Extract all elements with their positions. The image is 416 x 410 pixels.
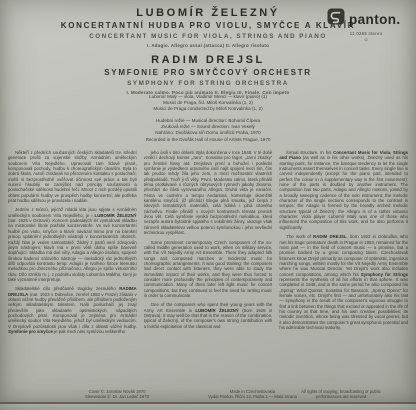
- composer-name-bold: LUBOMÍR ŽELEZNÝ: [95, 213, 137, 218]
- paragraph-text: represents the synthesis of all his effo…: [279, 277, 408, 330]
- paragraph-text: je pak mezi nimi syntézou veškerého: [53, 329, 125, 334]
- paragraph-text: (nar. 1923 v Dobrušce, zemřel 1953 v Pra…: [8, 292, 137, 329]
- liner-notes: Někteří z předních současných českých sk…: [8, 150, 408, 383]
- composer-name-bold: LUBOMÍR ŽELEZNÝ: [195, 308, 239, 313]
- footer-rights: All rights of copying, broadcasting or p…: [274, 389, 408, 400]
- paragraph-text: formal structure. In his: [286, 150, 333, 155]
- credits: Lubomír Malý — viola, Vladimír Mencl — k…: [0, 94, 416, 143]
- catalog-number: 11 0265 stereo: [327, 31, 405, 36]
- paragraph: formal structure. In his Concertant Musi…: [279, 150, 408, 230]
- paragraph-text: Někteří z předních současných českých sk…: [8, 150, 137, 203]
- paragraph-text: jeho úsilí v této oblasti. Byla dokončen…: [144, 150, 273, 235]
- record-label-block: panton. 11 0265 stereo G: [327, 8, 405, 42]
- work-title-bold: Symfonie pro smyčce: [8, 329, 53, 334]
- paragraph: Skladatelské dílo předčasně tragicky zes…: [8, 286, 137, 334]
- work-title-bold: Symphony for Strings: [361, 272, 408, 277]
- edition-mark: G: [327, 37, 405, 42]
- paragraph: Jedním z tvůrců, jejichž mladá léta jsou…: [8, 207, 137, 282]
- paragraph-text: Skladatelské dílo předčasně tragicky zes…: [15, 286, 119, 291]
- notes-column-czech-1: Někteří z předních současných českých sk…: [8, 150, 137, 383]
- lp-back-cover: LUBOMÍR ŽELEZNÝ KONCERTANTNÍ HUDBA PRO V…: [0, 0, 416, 410]
- paragraph-text: (nar. 1925 v Ostravě). Koncem padesátých…: [8, 218, 137, 282]
- label-name: panton.: [349, 12, 401, 27]
- paragraph: jeho úsilí v této oblasti. Byla dokončen…: [144, 150, 273, 236]
- notes-column-mixed-2: jeho úsilí v této oblasti. Byla dokončen…: [144, 150, 273, 383]
- paragraph: One of the composers who spent their you…: [144, 302, 273, 329]
- notes-column-english-3: formal structure. In his Concertant Musi…: [279, 150, 408, 383]
- panton-logo-icon: [327, 8, 345, 30]
- work2-title-english: SYMPHONY FOR STRING ORCHESTRA: [0, 80, 416, 87]
- production-block: Hudební režie — Musical direction: Bohum…: [0, 118, 416, 142]
- paragraph-text: Some prominent contemporary Czech compos…: [144, 240, 273, 298]
- work2-composer: RADIM DREJSL: [0, 54, 416, 66]
- paragraph-text: The work of: [286, 234, 313, 239]
- rights-line: performances are reserved: [274, 394, 408, 400]
- paragraph: Some prominent contemporary Czech compos…: [144, 240, 273, 299]
- credit-line: Musici de Praga conducted by Miloš Konva…: [0, 106, 416, 112]
- sleevenote-credit: Sleevenote ©: Dr. Jan Ledeč 1970: [42, 394, 192, 400]
- paragraph-text: (as well as in his other works), Železný…: [279, 155, 408, 229]
- paragraph: The work of RADIM DREJSL, born 1923 in D…: [279, 234, 408, 330]
- credit-line: Recorded in the Dvořák Hall of House of …: [0, 137, 416, 143]
- footer-credits: Cover ©: Jaroslav Novák 1970 Sleevenote …: [42, 389, 192, 400]
- work2-block: RADIM DREJSL SYMFONIE PRO SMYČCOVÝ ORCHE…: [0, 54, 416, 95]
- paragraph-text: , born 1923 in Dobruška, who met his tra…: [279, 234, 408, 276]
- scan-bottom-edge: [0, 402, 416, 410]
- composer-name-bold: RADIM DREJSL: [313, 234, 347, 239]
- paragraph: Někteří z předních současných českých sk…: [8, 150, 137, 203]
- record-label-row: panton.: [327, 8, 405, 30]
- work1-movements: I. Adagio. Allegro assai (attacca) II. A…: [0, 43, 416, 48]
- performers-block: Lubomír Malý — viola, Vladimír Mencl — k…: [0, 94, 416, 112]
- work2-title-czech: SYMFONIE PRO SMYČCOVÝ ORCHESTR: [0, 68, 416, 77]
